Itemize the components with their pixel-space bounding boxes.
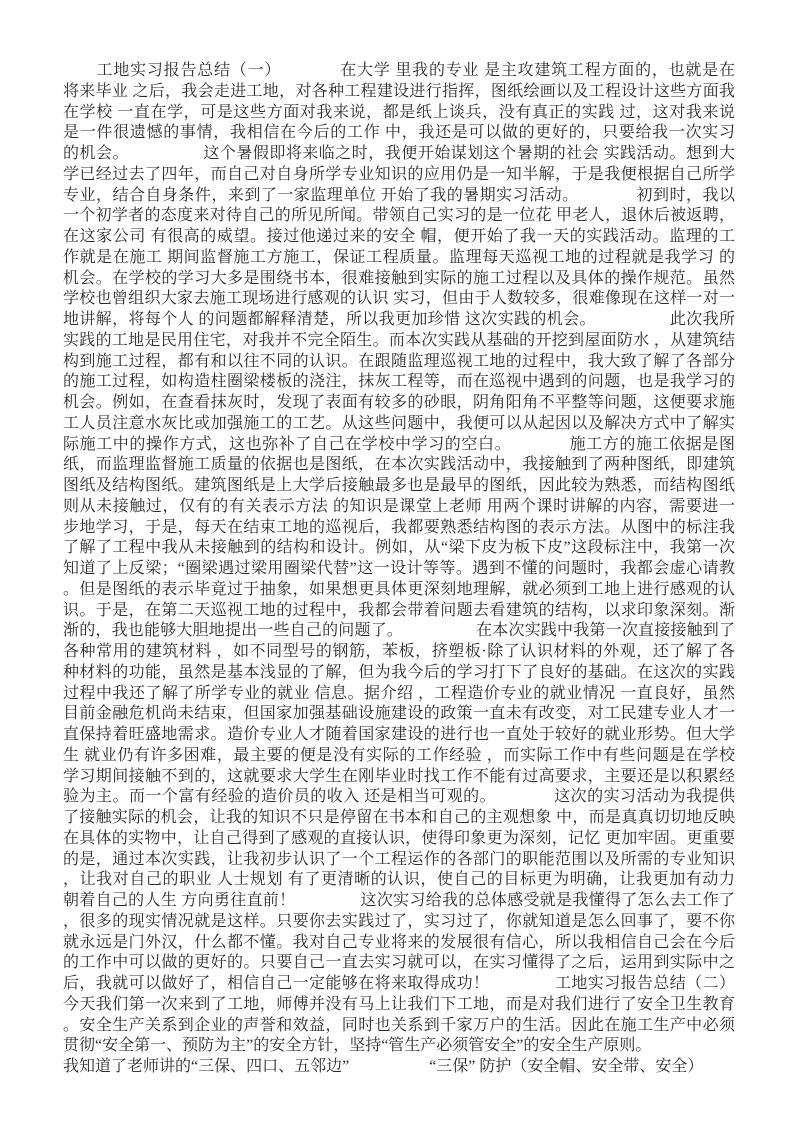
- text-line: 过程中我还了解了所学专业的就业 信息。据介绍 ，工程造价专业的就业情况 一直良好…: [63, 684, 735, 705]
- text-line: 学校也曾组织大家去施工现场进行感观的认识 实习，但由于人数较多，很难像现在这样一…: [63, 289, 735, 310]
- text-line: 作就是在施工 期间监督施工方施工，保证工程质量。监理每天巡视工地的过程就是我学习…: [63, 248, 735, 269]
- text-line: 际施工中的操作方式，这也弥补了自己在学校中学习的空白。 施工方的施工依据是图: [63, 435, 735, 456]
- text-line: 的机会。 这个暑假即将来临之时，我便开始谋划这个暑期的社会 实践活动。想到大: [63, 144, 735, 165]
- text-line: 直保持着旺盛地需求。造价专业人才随着国家建设的进行也一直处于较好的就业形势。但大…: [63, 725, 735, 746]
- text-line: 生 就业仍有许多困难，最主要的便是没有实际的工作经验 ，而实际工作中有些问题是在…: [63, 746, 735, 767]
- text-line: 专业，结合自身条件，来到了一家监理单位 开始了我的暑期实习活动。 初到时，我以: [63, 186, 735, 207]
- text-line: 工人员注意水灰比或加强施工的工艺。从这些问题中，我便可以从起因以及解决方式中了解…: [63, 414, 735, 435]
- text-line: 在这家公司 有很高的威望。接过他递过来的安全 帽，便开始了我一天的实践活动。监理…: [63, 227, 735, 248]
- text-line: 工地实习报告总结（一） 在大学 里我的专业 是主攻建筑工程方面的，也就是在: [63, 61, 735, 82]
- text-line: ，很多的现实情况就是这样。只要你去实践过了，实习过了，你就知道是怎么回事了，要不…: [63, 912, 735, 933]
- text-line: 将来毕业 之后，我会走进工地，对各种工程建设进行指挥，图纸绘画以及工程设计这些方…: [63, 82, 735, 103]
- text-line: 的施工过程，如构造柱圈梁楼板的浇注，抹灰工程等，而在巡视中遇到的问题，也是我学习…: [63, 372, 735, 393]
- text-line: 识。于是，在第二天巡视工地的过程中，我都会带着问题去看建筑的结构，以求印象深刻。…: [63, 601, 735, 622]
- text-line: 学习期间接触不到的，这就要求大学生在刚毕业时找工作不能有过高要求，主要还是以积累…: [63, 767, 735, 788]
- text-line: 步地学习，于是，每天在结束工地的巡视后，我都要熟悉结构图的表示方法。从图中的标注…: [63, 518, 735, 539]
- text-line: 地讲解，将每个人 的问题都解释清楚，所以我更加珍惜 这次实践的机会。 此次我所: [63, 310, 735, 331]
- page: { "page": { "background_color": "#ffffff…: [0, 0, 794, 1123]
- text-line: 图纸及结构图纸。建筑图纸是上大学后接触最多也是最早的图纸，因此较为熟悉，而结构图…: [63, 476, 735, 497]
- text-line: 后，我就可以做好了，相信自己一定能够在将来取得成功！ 工地实习报告总结（二）: [63, 974, 735, 995]
- document-body: 工地实习报告总结（一） 在大学 里我的专业 是主攻建筑工程方面的，也就是在将来毕…: [63, 61, 735, 1078]
- text-line: 验为主。而一个富有经验的造价员的收入 还是相当可观的。 这次的实习活动为我提供: [63, 787, 735, 808]
- text-line: 了接触实际的机会，让我的知识不只是停留在书本和自己的主观想象 中，而是真真切切地…: [63, 808, 735, 829]
- text-line: 。但是图纸的表示毕竟过于抽象，如果想更具体更深刻地理解，就必须到工地上进行感观的…: [63, 580, 735, 601]
- text-line: 朝着自己的人生 方向勇往直前！ 这次实习给我的总体感受就是我懂得了怎么去工作了: [63, 891, 735, 912]
- text-line: 则从未接触过，仅有的有关表示方法 的知识是课堂上老师 用两个课时讲解的内容，需要…: [63, 497, 735, 518]
- text-line: 纸，而监理监督施工质量的依据也是图纸，在本次实践活动中，我接触到了两种图纸，即建…: [63, 455, 735, 476]
- text-line: 是一件很遗憾的事情，我相信在今后的工作 中，我还是可以做的更好的，只要给我一次实…: [63, 123, 735, 144]
- text-line: 在具体的实物中，让自己得到了感观的直接认识，使得印象更为深刻，记忆 更加牢固。更…: [63, 829, 735, 850]
- text-line: 的是，通过本次实践，让我初步认识了一个工程运作的各部门的职能范围以及所需的专业知…: [63, 850, 735, 871]
- text-line: 渐的，我也能够大胆地提出一些自己的问题了。 在本次实践中我第一次直接接触到了: [63, 621, 735, 642]
- text-line: 构到施工过程，都有和以往不同的认识。在跟随监理巡视工地的过程中，我大致了解了各部…: [63, 352, 735, 373]
- text-line: 机会。例如，在查看抹灰时，发现了表面有较多的砂眼，阴角阳角不平整等问题，这便要求…: [63, 393, 735, 414]
- text-line: 种材料的功能，虽然是基本浅显的了解，但为我今后的学习打下了良好的基础。在这次的实…: [63, 663, 735, 684]
- text-line: 机会。在学校的学习大多是围绕书本，很难接触到实际的施工过程以及具体的操作规范。虽…: [63, 269, 735, 290]
- text-line: 今天我们第一次来到了工地，师傅并没有马上让我们下工地，而是对我们进行了安全卫生教…: [63, 995, 735, 1016]
- text-line: 了解了工程中我从未接触到的结构和设计。例如，从“梁下皮为板下皮”这段标注中，我第…: [63, 538, 735, 559]
- text-line: 就永远是门外汉，什么都不懂。我对自己专业将来的发展很有信心，所以我相信自己会在今…: [63, 933, 735, 954]
- text-line: 。安全生产关系到企业的声誉和效益，同时也关系到千家万户的生活。因此在施工生产中必…: [63, 1016, 735, 1037]
- text-line: 实践的工地是民用住宅，对我并不完全陌生。而本次实践从基础的开挖到屋面防水 ，从建…: [63, 331, 735, 352]
- text-line: 一个初学者的态度来对待自己的所见所闻。带领自己实习的是一位花 甲老人，退休后被返…: [63, 206, 735, 227]
- text-line: 学已经过去了四年，而自己对自身所学专业知识的应用仍是一知半解，于是我便根据自己所…: [63, 165, 735, 186]
- text-line: 我知道了老师讲的“三保、四口、五邻边” “三保” 防护（安全帽、安全带、安全）: [63, 1057, 735, 1078]
- text-line: 各种常用的建筑材料 ，如不同型号的钢筋，苯板，挤塑板·除了认识材料的外观，还了解…: [63, 642, 735, 663]
- text-line: 目前金融危机尚未结束，但国家加强基础设施建设的政策一直未有改变，对工民建专业人才…: [63, 704, 735, 725]
- text-line: 贯彻“安全第一、预防为主”的安全方针，坚持“管生产必须管安全”的安全生产原则。: [63, 1036, 735, 1057]
- text-line: 知道了上反梁；“圈梁遇过梁用圈梁代替”这一设计等等。遇到不懂的问题时，我都会虚心…: [63, 559, 735, 580]
- text-line: 在学校 一直在学，可是这些方面对我来说，都是纸上谈兵，没有真正的实践 过，这对我…: [63, 103, 735, 124]
- text-line: 的工作中可以做的更好的。只要自己一直去实习就可以，在实习懂得了之后，运用到实际中…: [63, 953, 735, 974]
- text-line: ，让我对自己的职业 人士规划 有了更清晰的认识，使自己的目标更为明确，让我更加有…: [63, 870, 735, 891]
